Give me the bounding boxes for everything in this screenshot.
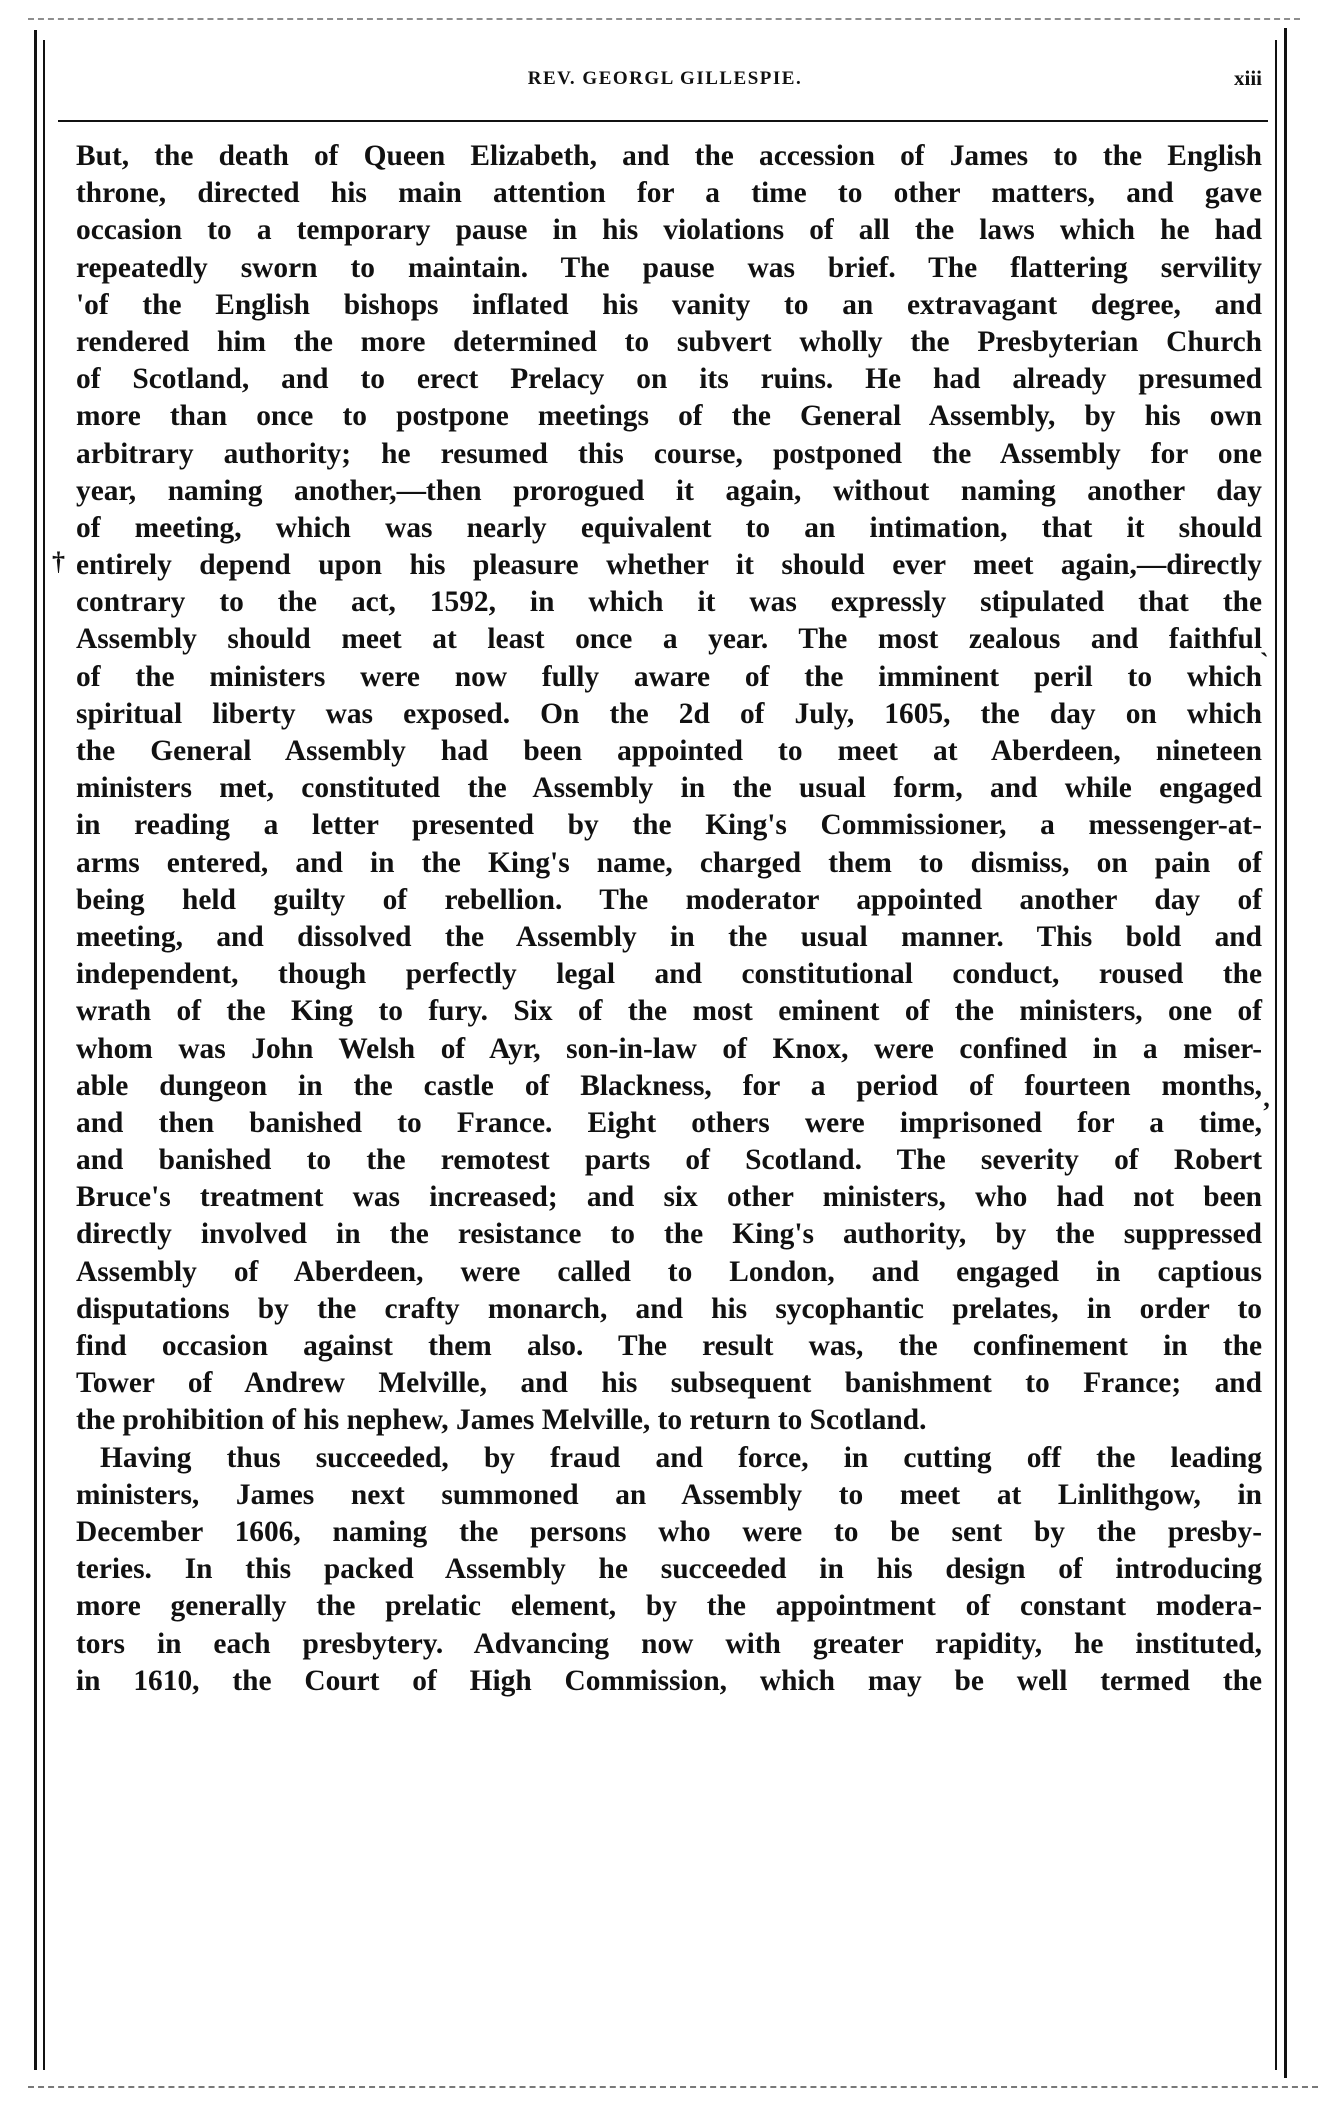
left-border-rule-outer bbox=[34, 30, 37, 2070]
text-line: meeting, and dissolved the Assembly in t… bbox=[76, 919, 1262, 956]
text-line: spiritual liberty was exposed. On the 2d… bbox=[76, 696, 1262, 733]
page-number: xiii bbox=[1234, 66, 1262, 91]
text-line: of Scotland, and to erect Prelacy on its… bbox=[76, 361, 1262, 398]
top-scan-border bbox=[28, 18, 1300, 20]
text-line: Tower of Andrew Melville, and his subseq… bbox=[76, 1365, 1262, 1402]
text-line: independent, though perfectly legal and … bbox=[76, 956, 1262, 993]
text-line: teries. In this packed Assembly he succe… bbox=[76, 1551, 1262, 1588]
paragraph-1: But, the death of Queen Elizabeth, and t… bbox=[76, 138, 1262, 1440]
text-line: Assembly should meet at least once a yea… bbox=[76, 621, 1262, 658]
text-line: Having thus succeeded, by fraud and forc… bbox=[76, 1440, 1262, 1477]
text-line: 'of the English bishops inflated his van… bbox=[76, 287, 1262, 324]
text-line: whom was John Welsh of Ayr, son-in-law o… bbox=[76, 1031, 1262, 1068]
margin-comma-mark: ’ bbox=[1262, 1097, 1271, 1127]
left-border-rule-inner bbox=[43, 40, 45, 2070]
text-line: the General Assembly had been appointed … bbox=[76, 733, 1262, 770]
right-border-rule-inner bbox=[1275, 40, 1277, 2070]
text-line: able dungeon in the castle of Blackness,… bbox=[76, 1068, 1262, 1105]
text-line: disputations by the crafty monarch, and … bbox=[76, 1291, 1262, 1328]
text-line: year, naming another,—then prorogued it … bbox=[76, 473, 1262, 510]
text-line: and banished to the remotest parts of Sc… bbox=[76, 1142, 1262, 1179]
text-line: rendered him the more determined to subv… bbox=[76, 324, 1262, 361]
text-line: Bruce's treatment was increased; and six… bbox=[76, 1179, 1262, 1216]
right-border-rule-outer bbox=[1284, 28, 1287, 2078]
bottom-scan-border bbox=[28, 2086, 1318, 2088]
paragraph-2: Having thus succeeded, by fraud and forc… bbox=[76, 1440, 1262, 1700]
running-head: REV. GEORGL GILLESPIE. xiii bbox=[60, 62, 1270, 102]
text-line: Assembly of Aberdeen, were called to Lon… bbox=[76, 1254, 1262, 1291]
text-line: wrath of the King to fury. Six of the mo… bbox=[76, 993, 1262, 1030]
text-line: in 1610, the Court of High Commission, w… bbox=[76, 1663, 1262, 1700]
text-line: ministers met, constituted the Assembly … bbox=[76, 770, 1262, 807]
text-line: and then banished to France. Eight other… bbox=[76, 1105, 1262, 1142]
text-line: tors in each presbytery. Advancing now w… bbox=[76, 1626, 1262, 1663]
text-line: occasion to a temporary pause in his vio… bbox=[76, 212, 1262, 249]
text-line: being held guilty of rebellion. The mode… bbox=[76, 882, 1262, 919]
text-line: entirely depend upon his pleasure whethe… bbox=[76, 547, 1262, 584]
body-text: But, the death of Queen Elizabeth, and t… bbox=[76, 138, 1262, 1700]
text-line: of meeting, which was nearly equivalent … bbox=[76, 510, 1262, 547]
margin-tick-mark: ` bbox=[1260, 648, 1269, 678]
header-rule bbox=[58, 120, 1268, 122]
text-line: in reading a letter presented by the Kin… bbox=[76, 807, 1262, 844]
text-line: December 1606, naming the persons who we… bbox=[76, 1514, 1262, 1551]
text-line: contrary to the act, 1592, in which it w… bbox=[76, 584, 1262, 621]
text-line: throne, directed his main attention for … bbox=[76, 175, 1262, 212]
running-title: REV. GEORGL GILLESPIE. bbox=[60, 68, 1270, 90]
text-line: find occasion against them also. The res… bbox=[76, 1328, 1262, 1365]
text-line: ministers, James next summoned an Assemb… bbox=[76, 1477, 1262, 1514]
text-line: arms entered, and in the King's name, ch… bbox=[76, 845, 1262, 882]
text-line: repeatedly sworn to maintain. The pause … bbox=[76, 250, 1262, 287]
text-line: But, the death of Queen Elizabeth, and t… bbox=[76, 138, 1262, 175]
text-line: arbitrary authority; he resumed this cou… bbox=[76, 436, 1262, 473]
margin-dagger-mark: † bbox=[52, 547, 65, 577]
text-line: the prohibition of his nephew, James Mel… bbox=[76, 1402, 1262, 1439]
text-line: of the ministers were now fully aware of… bbox=[76, 659, 1262, 696]
text-line: more generally the prelatic element, by … bbox=[76, 1588, 1262, 1625]
text-line: directly involved in the resistance to t… bbox=[76, 1216, 1262, 1253]
text-line: more than once to postpone meetings of t… bbox=[76, 398, 1262, 435]
